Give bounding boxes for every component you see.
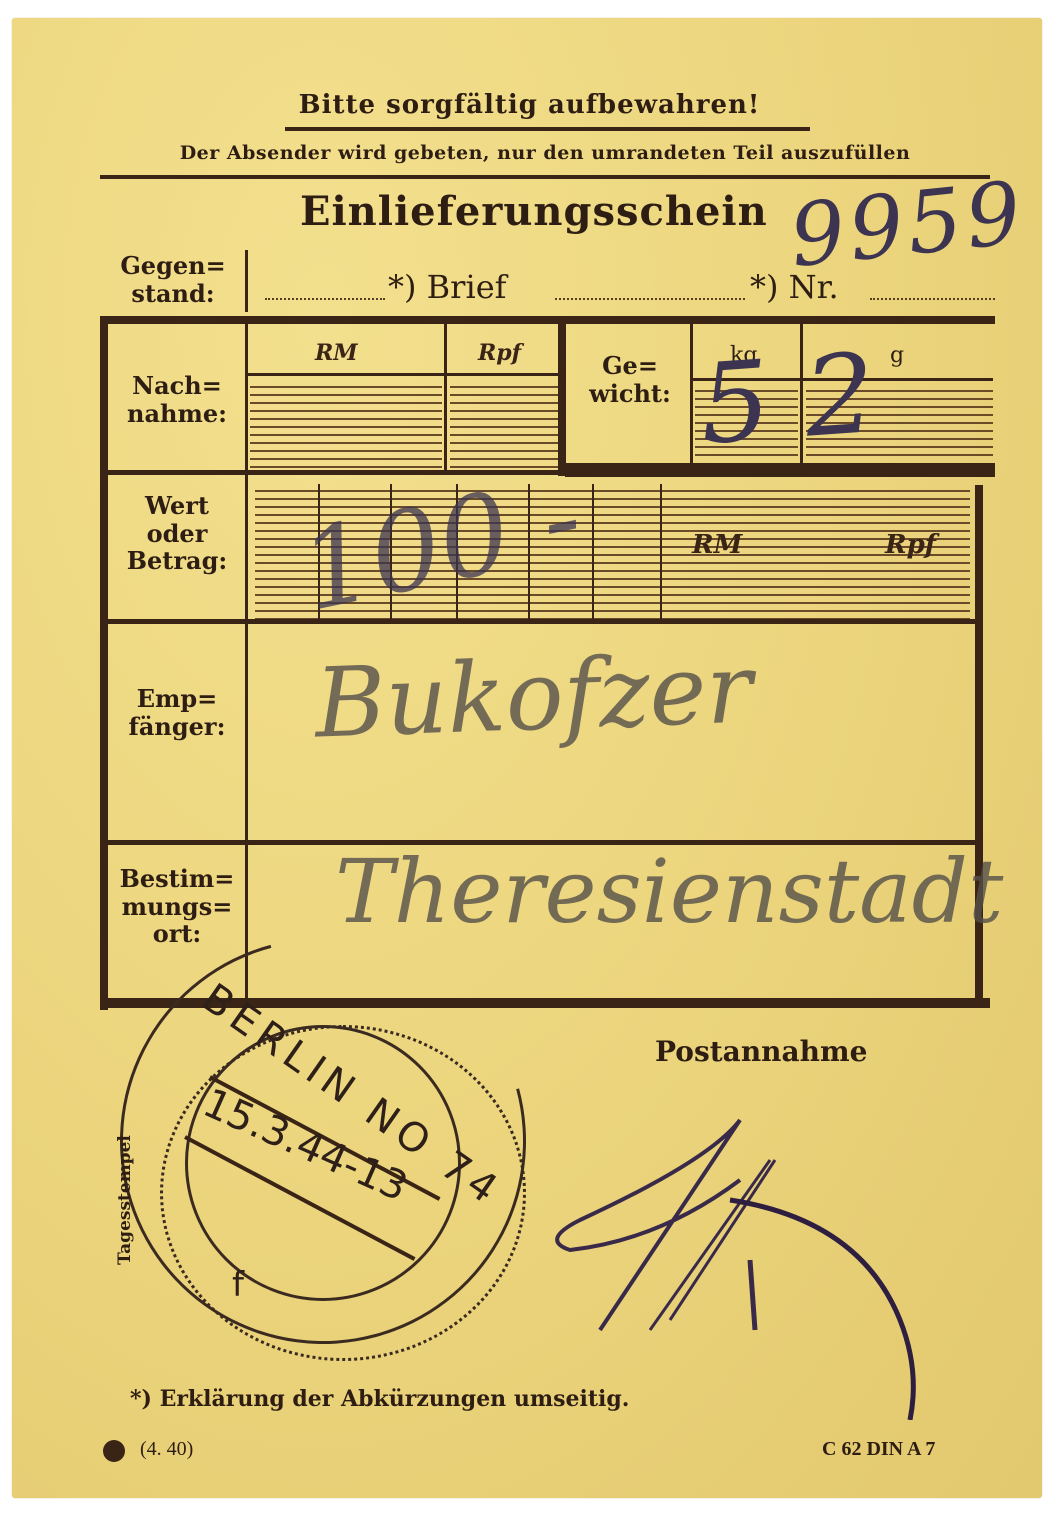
- empfaenger-label-line1: Emp=: [112, 685, 242, 713]
- form-top-border: [100, 316, 995, 324]
- header-underline: [285, 127, 810, 131]
- wert-rpf-unit: Rpf: [885, 530, 936, 560]
- reichspost-eagle-icon: [103, 1440, 125, 1462]
- gegenstand-item: *) Brief: [388, 268, 506, 306]
- gegenstand-label-line1: Gegen=: [118, 252, 228, 280]
- empfaenger-handwritten: Bukofzer: [313, 632, 754, 759]
- gewicht-label: Ge= wicht:: [575, 352, 685, 407]
- bestimmungsort-label-line1: Bestim=: [112, 865, 242, 893]
- signature-icon: [540, 1100, 960, 1420]
- header-notice: Bitte sorgfältig aufbewahren!: [0, 90, 1059, 120]
- gegenstand-dots-1: [265, 298, 385, 300]
- wert-label-line1: Wert: [112, 492, 242, 520]
- wert-label-line2: oder: [112, 520, 242, 548]
- wert-cell-divider-5: [592, 484, 594, 619]
- empfaenger-label-line2: fänger:: [112, 713, 242, 741]
- print-date: (4. 40): [140, 1438, 193, 1461]
- tagesstempel-label: Tagesstempel: [115, 1135, 135, 1265]
- nachnahme-rm-header: RM: [315, 340, 358, 366]
- nachnahme-col-divider: [444, 324, 447, 474]
- nr-label: *) Nr.: [750, 268, 839, 306]
- wert-cell-divider-6: [660, 484, 662, 619]
- gewicht-divider: [690, 322, 693, 464]
- form-title: Einlieferungsschein: [300, 188, 768, 235]
- gegenstand-divider: [245, 250, 248, 312]
- wert-label-line3: Betrag:: [112, 547, 242, 575]
- gegenstand-dots-2: [555, 298, 745, 300]
- gewicht-handwritten: 5 2: [696, 329, 879, 469]
- nachnahme-header-rule: [248, 373, 560, 376]
- wert-bottom-rule: [108, 619, 978, 624]
- bestimmungsort-label-line2: mungs=: [112, 893, 242, 921]
- nachnahme-label-line1: Nach=: [112, 372, 242, 400]
- form-code: C 62 DIN A 7: [822, 1438, 935, 1461]
- bestimmungsort-handwritten: Theresienstadt: [335, 840, 1003, 943]
- postmark-letter: f: [232, 1265, 244, 1305]
- gegenstand-label-line2: stand:: [118, 280, 228, 308]
- label-column-divider: [245, 324, 248, 1002]
- gewicht-label-line1: Ge=: [575, 352, 685, 380]
- abbreviation-note: *) Erklärung der Abkürzungen umseitig.: [130, 1386, 629, 1412]
- gewicht-label-line2: wicht:: [575, 380, 685, 408]
- gewicht-bottom-border: [565, 463, 995, 477]
- empfaenger-label: Emp= fänger:: [112, 685, 242, 740]
- bestimmungsort-label-line3: ort:: [112, 920, 242, 948]
- nachnahme-label: Nach= nahme:: [112, 372, 242, 427]
- bestimmungsort-label: Bestim= mungs= ort:: [112, 865, 242, 948]
- wert-rm-unit: RM: [692, 530, 742, 560]
- gewicht-g-header: g: [890, 343, 904, 368]
- instruction-underline: [100, 175, 990, 179]
- form-left-border: [100, 316, 108, 1010]
- nachnahme-rpf-header: Rpf: [478, 340, 521, 366]
- sender-instruction: Der Absender wird gebeten, nur den umran…: [100, 142, 990, 164]
- nachnahme-rm-field[interactable]: [250, 380, 442, 470]
- gegenstand-label: Gegen= stand:: [118, 252, 228, 307]
- nachnahme-label-line2: nahme:: [112, 400, 242, 428]
- postannahme-label: Postannahme: [655, 1035, 867, 1068]
- nr-dots: [870, 298, 995, 300]
- wert-label: Wert oder Betrag:: [112, 492, 242, 575]
